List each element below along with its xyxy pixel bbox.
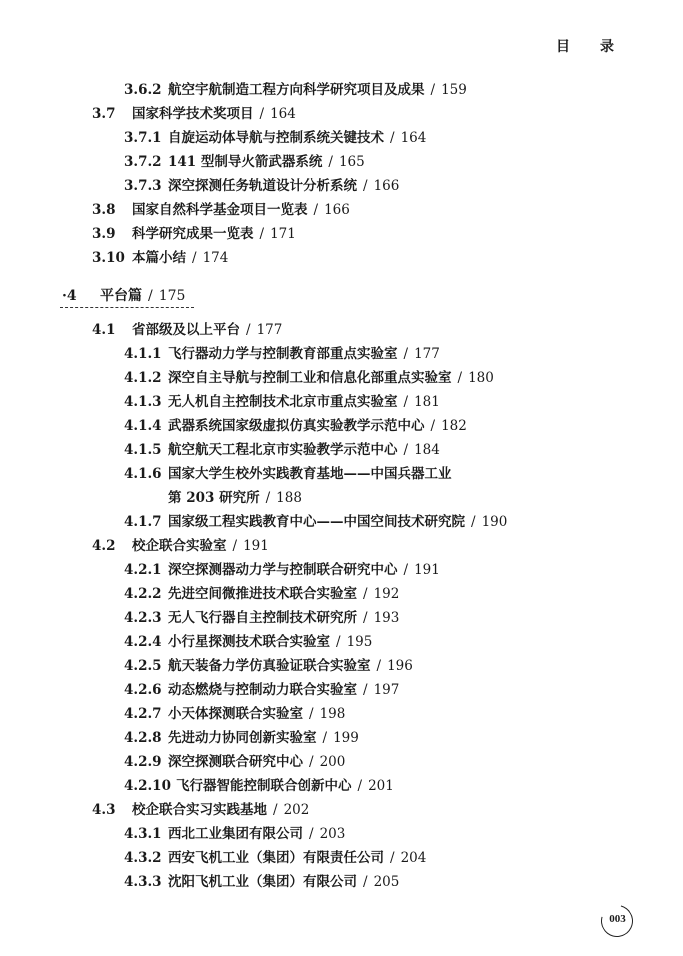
separator: / xyxy=(273,802,278,818)
entry-title: 武器系统国家级虚拟仿真实验教学示范中心 xyxy=(168,418,425,434)
part-title: 平台篇 xyxy=(100,288,142,304)
separator: / xyxy=(260,106,265,122)
entry-number: 4.2.7 xyxy=(124,706,168,722)
separator: / xyxy=(404,442,409,458)
separator: / xyxy=(458,370,463,386)
entry-page: 191 xyxy=(243,538,269,554)
entry-number: 4.1.4 xyxy=(124,418,168,434)
entry-number: 4.2.10 xyxy=(124,778,176,794)
toc-entry[interactable]: 4.1.5航空航天工程北京市实验教学示范中心/184 xyxy=(124,442,440,458)
separator: / xyxy=(148,288,153,304)
entry-number: 3.7.3 xyxy=(124,178,168,194)
entry-page: 205 xyxy=(374,874,400,890)
entry-number: 4.2.6 xyxy=(124,682,168,698)
toc-entry[interactable]: 4.2校企联合实验室/191 xyxy=(92,538,269,554)
toc-entry[interactable]: 4.2.3无人飞行器自主控制技术研究所/193 xyxy=(124,610,399,626)
entry-number: 4.3.1 xyxy=(124,826,168,842)
entry-number: 4.3.3 xyxy=(124,874,168,890)
entry-title: 无人飞行器自主控制技术研究所 xyxy=(168,610,357,626)
entry-number: 3.10 xyxy=(92,250,132,266)
separator: / xyxy=(404,562,409,578)
entry-title: 沈阳飞机工业（集团）有限公司 xyxy=(168,874,357,890)
entry-title: 自旋运动体导航与控制系统关键技术 xyxy=(168,130,384,146)
entry-title: 国家科学技术奖项目 xyxy=(132,106,254,122)
toc-entry[interactable]: 4.2.2先进空间微推进技术联合实验室/192 xyxy=(124,586,399,602)
part-number: ·4 xyxy=(62,288,100,304)
entry-number: 3.7.2 xyxy=(124,154,168,170)
entry-title: 深空自主导航与控制工业和信息化部重点实验室 xyxy=(168,370,452,386)
entry-title: 航天装备力学仿真验证联合实验室 xyxy=(168,658,371,674)
separator: / xyxy=(314,202,319,218)
separator: / xyxy=(363,682,368,698)
entry-title: 动态燃烧与控制动力联合实验室 xyxy=(168,682,357,698)
entry-title: 校企联合实验室 xyxy=(132,538,227,554)
entry-title: 深空探测任务轨道设计分析系统 xyxy=(168,178,357,194)
entry-page: 164 xyxy=(270,106,296,122)
entry-page: 192 xyxy=(374,586,400,602)
entry-page: 193 xyxy=(374,610,400,626)
entry-page: 165 xyxy=(339,154,365,170)
entry-title: 西安飞机工业（集团）有限责任公司 xyxy=(168,850,384,866)
entry-title: 国家大学生校外实践教育基地——中国兵器工业 xyxy=(168,466,452,482)
entry-number: 4.2.1 xyxy=(124,562,168,578)
entry-page: 159 xyxy=(441,82,467,98)
entry-title: 第 203 研究所 xyxy=(168,490,260,506)
separator: / xyxy=(192,250,197,266)
entry-number: 4.1 xyxy=(92,322,132,338)
toc-part-heading[interactable]: ·4平台篇/175 xyxy=(62,288,185,304)
separator: / xyxy=(404,394,409,410)
toc-entry[interactable]: 4.2.6动态燃烧与控制动力联合实验室/197 xyxy=(124,682,399,698)
toc-entry[interactable]: 4.3.3沈阳飞机工业（集团）有限公司/205 xyxy=(124,874,399,890)
toc-entry[interactable]: 4.1.1飞行器动力学与控制教育部重点实验室/177 xyxy=(124,346,440,362)
toc-entry[interactable]: 4.1.3无人机自主控制技术北京市重点实验室/181 xyxy=(124,394,440,410)
entry-page: 184 xyxy=(414,442,440,458)
separator: / xyxy=(266,490,271,506)
toc-entry[interactable]: 4.3.2西安飞机工业（集团）有限责任公司/204 xyxy=(124,850,426,866)
toc-entry[interactable]: 4.3校企联合实习实践基地/202 xyxy=(92,802,309,818)
separator: / xyxy=(233,538,238,554)
toc-entry[interactable]: 4.1.6国家大学生校外实践教育基地——中国兵器工业 xyxy=(124,466,452,482)
toc-entry[interactable]: 3.8国家自然科学基金项目一览表/166 xyxy=(92,202,350,218)
entry-page: 166 xyxy=(324,202,350,218)
toc-entry[interactable]: 4.2.1深空探测器动力学与控制联合研究中心/191 xyxy=(124,562,440,578)
separator: / xyxy=(431,418,436,434)
toc-entry[interactable]: 3.7国家科学技术奖项目/164 xyxy=(92,106,296,122)
entry-number: 3.6.2 xyxy=(124,82,168,98)
entry-number: 4.2.5 xyxy=(124,658,168,674)
entry-page: 191 xyxy=(414,562,440,578)
separator: / xyxy=(377,658,382,674)
toc-entry[interactable]: 4.3.1西北工业集团有限公司/203 xyxy=(124,826,345,842)
entry-page: 164 xyxy=(401,130,427,146)
entry-title: 航空宇航制造工程方向科学研究项目及成果 xyxy=(168,82,425,98)
entry-number: 4.2 xyxy=(92,538,132,554)
entry-page: 201 xyxy=(368,778,394,794)
separator: / xyxy=(363,178,368,194)
toc-entry[interactable]: 3.7.3深空探测任务轨道设计分析系统/166 xyxy=(124,178,399,194)
entry-number: 4.2.3 xyxy=(124,610,168,626)
entry-number: 4.1.1 xyxy=(124,346,168,362)
separator: / xyxy=(363,586,368,602)
entry-page: 181 xyxy=(414,394,440,410)
toc-entry[interactable]: 4.2.8先进动力协同创新实验室/199 xyxy=(124,730,359,746)
header-char-2: 录 xyxy=(600,36,614,56)
separator: / xyxy=(309,826,314,842)
entry-page: 202 xyxy=(284,802,310,818)
entry-number: 4.1.2 xyxy=(124,370,168,386)
toc-entry[interactable]: 3.6.2航空宇航制造工程方向科学研究项目及成果/159 xyxy=(124,82,467,98)
entry-title: 本篇小结 xyxy=(132,250,186,266)
separator: / xyxy=(336,634,341,650)
part-page: 175 xyxy=(159,288,186,304)
separator: / xyxy=(404,346,409,362)
entry-title: 先进动力协同创新实验室 xyxy=(168,730,317,746)
toc-entry[interactable]: 3.7.1自旋运动体导航与控制系统关键技术/164 xyxy=(124,130,426,146)
separator: / xyxy=(390,130,395,146)
entry-title: 小天体探测联合实验室 xyxy=(168,706,303,722)
entry-page: 182 xyxy=(441,418,467,434)
entry-page: 197 xyxy=(374,682,400,698)
entry-page: 177 xyxy=(414,346,440,362)
toc-entry[interactable]: 3.7.2141 型制导火箭武器系统/165 xyxy=(124,154,365,170)
entry-number: 4.1.7 xyxy=(124,514,168,530)
entry-number: 4.2.9 xyxy=(124,754,168,770)
toc-entry[interactable]: 4.2.7小天体探测联合实验室/198 xyxy=(124,706,345,722)
entry-page: 200 xyxy=(320,754,346,770)
entry-title: 深空探测器动力学与控制联合研究中心 xyxy=(168,562,398,578)
entry-number: 4.2.4 xyxy=(124,634,168,650)
entry-page: 180 xyxy=(468,370,494,386)
entry-page: 204 xyxy=(401,850,427,866)
entry-title: 航空航天工程北京市实验教学示范中心 xyxy=(168,442,398,458)
toc-entry[interactable]: 4.2.4小行星探测技术联合实验室/195 xyxy=(124,634,372,650)
toc-entry[interactable]: 4.1省部级及以上平台/177 xyxy=(92,322,282,338)
entry-number: 4.3.2 xyxy=(124,850,168,866)
entry-page: 174 xyxy=(203,250,229,266)
separator: / xyxy=(328,154,333,170)
entry-title: 国家级工程实践教育中心——中国空间技术研究院 xyxy=(168,514,465,530)
entry-page: 203 xyxy=(320,826,346,842)
entry-page: 166 xyxy=(374,178,400,194)
entry-page: 199 xyxy=(333,730,359,746)
entry-number: 3.9 xyxy=(92,226,132,242)
entry-title: 西北工业集团有限公司 xyxy=(168,826,303,842)
entry-page: 171 xyxy=(270,226,296,242)
entry-number: 3.7 xyxy=(92,106,132,122)
entry-title: 校企联合实习实践基地 xyxy=(132,802,267,818)
toc-entry[interactable]: 3.9科学研究成果一览表/171 xyxy=(92,226,296,242)
running-header: 目录 xyxy=(556,36,614,56)
entry-title: 科学研究成果一览表 xyxy=(132,226,254,242)
separator: / xyxy=(309,706,314,722)
toc-entry[interactable]: 3.10本篇小结/174 xyxy=(92,250,228,266)
separator: / xyxy=(471,514,476,530)
entry-page: 196 xyxy=(387,658,413,674)
header-char-1: 目 xyxy=(556,36,570,56)
entry-number: 4.2.2 xyxy=(124,586,168,602)
entry-number: 4.3 xyxy=(92,802,132,818)
separator: / xyxy=(390,850,395,866)
entry-number: 3.7.1 xyxy=(124,130,168,146)
entry-title: 先进空间微推进技术联合实验室 xyxy=(168,586,357,602)
toc-entry[interactable]: 4.2.10飞行器智能控制联合创新中心/201 xyxy=(124,778,394,794)
separator: / xyxy=(358,778,363,794)
entry-number: 4.2.8 xyxy=(124,730,168,746)
entry-page: 188 xyxy=(276,490,302,506)
toc-entry-continuation[interactable]: 第 203 研究所/188 xyxy=(124,490,302,506)
entry-title: 141 型制导火箭武器系统 xyxy=(168,154,322,170)
separator: / xyxy=(363,874,368,890)
separator: / xyxy=(431,82,436,98)
entry-number: 4.1.3 xyxy=(124,394,168,410)
entry-title: 国家自然科学基金项目一览表 xyxy=(132,202,308,218)
entry-page: 190 xyxy=(482,514,508,530)
separator: / xyxy=(363,610,368,626)
dashed-divider xyxy=(60,307,194,308)
entry-number: 3.8 xyxy=(92,202,132,218)
separator: / xyxy=(260,226,265,242)
toc-entry[interactable]: 4.1.2深空自主导航与控制工业和信息化部重点实验室/180 xyxy=(124,370,494,386)
entry-page: 198 xyxy=(320,706,346,722)
toc-entry[interactable]: 4.2.5航天装备力学仿真验证联合实验室/196 xyxy=(124,658,413,674)
toc-entry[interactable]: 4.2.9深空探测联合研究中心/200 xyxy=(124,754,345,770)
separator: / xyxy=(323,730,328,746)
entry-title: 飞行器智能控制联合创新中心 xyxy=(176,778,352,794)
separator: / xyxy=(309,754,314,770)
separator: / xyxy=(246,322,251,338)
entry-title: 无人机自主控制技术北京市重点实验室 xyxy=(168,394,398,410)
toc-entry[interactable]: 4.1.7国家级工程实践教育中心——中国空间技术研究院/190 xyxy=(124,514,507,530)
entry-number: 4.1.5 xyxy=(124,442,168,458)
entry-title: 省部级及以上平台 xyxy=(132,322,240,338)
entry-title: 飞行器动力学与控制教育部重点实验室 xyxy=(168,346,398,362)
entry-title: 小行星探测技术联合实验室 xyxy=(168,634,330,650)
page-number: 003 xyxy=(601,913,634,925)
entry-page: 195 xyxy=(347,634,373,650)
entry-title: 深空探测联合研究中心 xyxy=(168,754,303,770)
entry-number: 4.1.6 xyxy=(124,466,168,482)
entry-page: 177 xyxy=(257,322,283,338)
toc-entry[interactable]: 4.1.4武器系统国家级虚拟仿真实验教学示范中心/182 xyxy=(124,418,467,434)
